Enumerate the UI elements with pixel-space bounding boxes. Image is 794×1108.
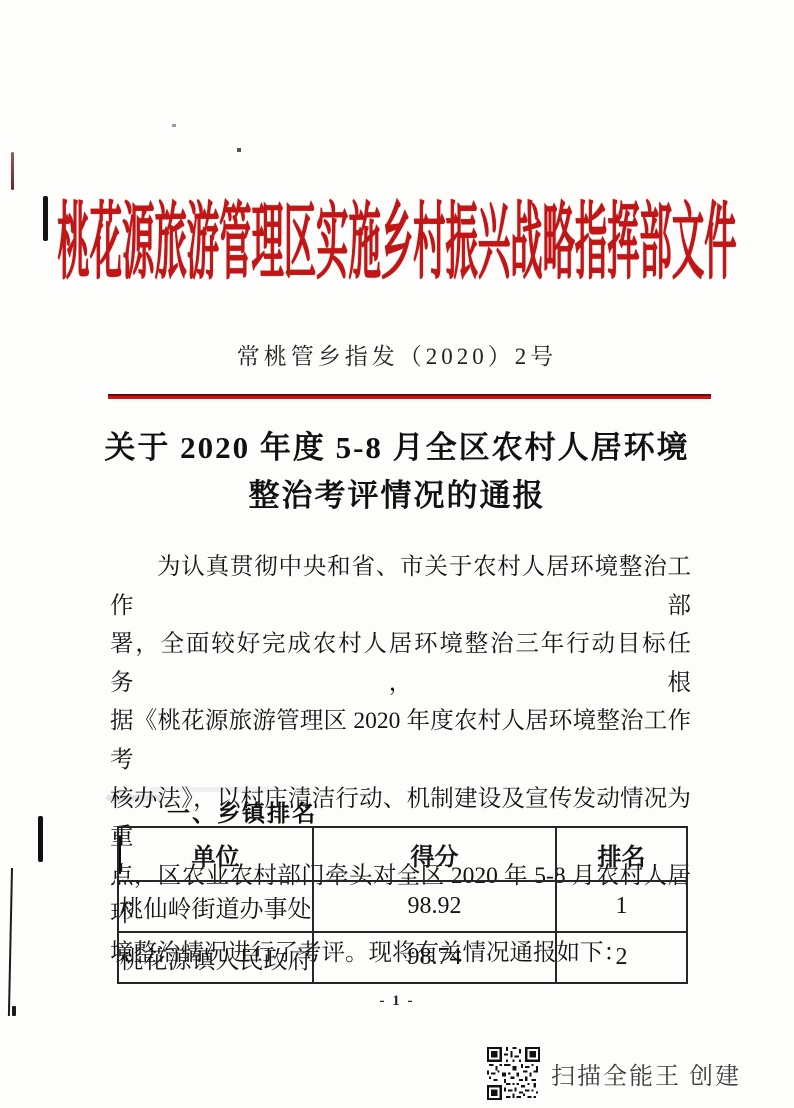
document-title-line1: 关于 2020 年度 5-8 月全区农村人居环境 <box>60 424 734 472</box>
body-line: 为认真贯彻中央和省、市关于农村人居环境整治工作部 <box>110 548 691 625</box>
ranking-table: 单位 得分 排名 桃仙岭街道办事处 98.92 1 桃花源镇人民政府 98.74… <box>117 826 688 984</box>
document-number: 常桃管乡指发（2020）2号 <box>0 338 794 371</box>
section-heading-township-ranking: 一、乡镇排名 <box>167 795 317 828</box>
scan-artifact-mark <box>11 152 14 190</box>
scan-artifact-mark <box>38 816 43 862</box>
scanner-credit: 扫描全能王 创建 <box>487 1047 741 1100</box>
masthead-title: 桃花源旅游管理区实施乡村振兴战略指挥部文件 <box>57 202 736 286</box>
scanner-credit-label: 扫描全能王 创建 <box>551 1056 741 1091</box>
table-header-unit: 单位 <box>118 827 313 881</box>
table-header-row: 单位 得分 排名 <box>118 827 687 881</box>
table-header-rank: 排名 <box>556 827 687 881</box>
table-cell-rank: 2 <box>556 932 687 983</box>
scan-artifact-mark <box>43 196 48 241</box>
table-row: 桃花源镇人民政府 98.74 2 <box>118 932 687 983</box>
document-title: 关于 2020 年度 5-8 月全区农村人居环境 整治考评情况的通报 <box>60 424 734 520</box>
qr-code-icon <box>487 1047 540 1100</box>
table-cell-score: 98.74 <box>313 932 556 983</box>
table-header-score: 得分 <box>313 827 556 881</box>
red-divider-rule <box>108 394 711 399</box>
table-cell-unit: 桃花源镇人民政府 <box>118 932 313 983</box>
scan-artifact-mark <box>237 148 241 152</box>
table-cell-rank: 1 <box>556 881 687 932</box>
table-row: 桃仙岭街道办事处 98.92 1 <box>118 881 687 932</box>
document-title-line2: 整治考评情况的通报 <box>60 472 734 520</box>
page-number: - 1 - <box>0 993 794 1010</box>
scanned-document-page: 桃花源旅游管理区实施乡村振兴战略指挥部文件 常桃管乡指发（2020）2号 关于 … <box>0 0 794 1108</box>
table-cell-unit: 桃仙岭街道办事处 <box>118 881 313 932</box>
body-line: 署，全面较好完成农村人居环境整治三年行动目标任务，根 <box>110 625 691 702</box>
body-line: 据《桃花源旅游管理区 2020 年度农村人居环境整治工作考 <box>110 702 691 779</box>
scan-artifact-mark <box>172 124 176 127</box>
table-cell-score: 98.92 <box>313 881 556 932</box>
